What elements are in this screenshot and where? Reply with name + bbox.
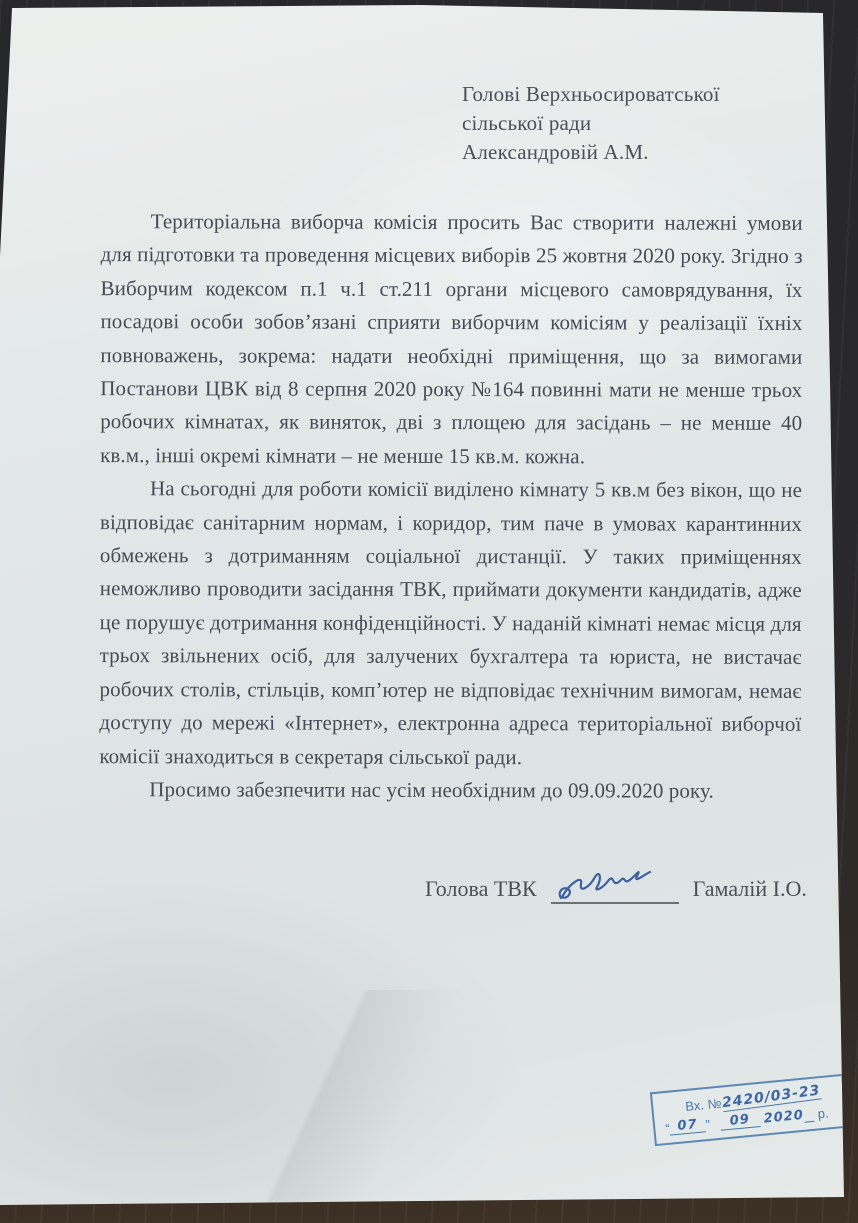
recipient-block: Голові Верхньосироватської сільської рад…	[462, 80, 792, 167]
recipient-line-2: сільської ради	[462, 109, 792, 138]
signature-scribble-icon	[553, 864, 673, 908]
signature-line	[551, 862, 679, 904]
paragraph-2: На сьогодні для роботи комісії виділено …	[99, 472, 802, 774]
paragraph-3: Просимо забезпечити нас усім необхідним …	[99, 773, 801, 808]
incoming-stamp: Вх. № 2420/03-23 “ 07 ” 09 2020 р.	[650, 1074, 848, 1146]
stamp-month-handwritten: 09	[719, 1111, 760, 1131]
stamp-year: 2020	[763, 1108, 804, 1127]
stamp-day-handwritten: 07	[669, 1116, 706, 1135]
paragraph-1: Територіальна виборча комісія просить Ва…	[100, 205, 803, 474]
letter-body: Територіальна виборча комісія просить Ва…	[99, 205, 803, 808]
signer-name: Гамалій І.О.	[693, 876, 807, 904]
stamp-label: Вх. №	[685, 1096, 722, 1114]
stamp-close-quote: ”	[705, 1117, 711, 1132]
stamp-era-suffix: р.	[817, 1105, 829, 1121]
photo-of-document: { "colors": { "paper": "#e3e9e9", "table…	[0, 0, 858, 1223]
signer-title: Голова ТВК	[425, 876, 537, 904]
document-paper: Голові Верхньосироватської сільської рад…	[0, 0, 858, 1223]
recipient-line-1: Голові Верхньосироватської	[462, 80, 792, 109]
recipient-line-3: Александровій А.М.	[462, 138, 792, 167]
signature-block: Голова ТВК Гамалій І.О.	[425, 862, 807, 904]
